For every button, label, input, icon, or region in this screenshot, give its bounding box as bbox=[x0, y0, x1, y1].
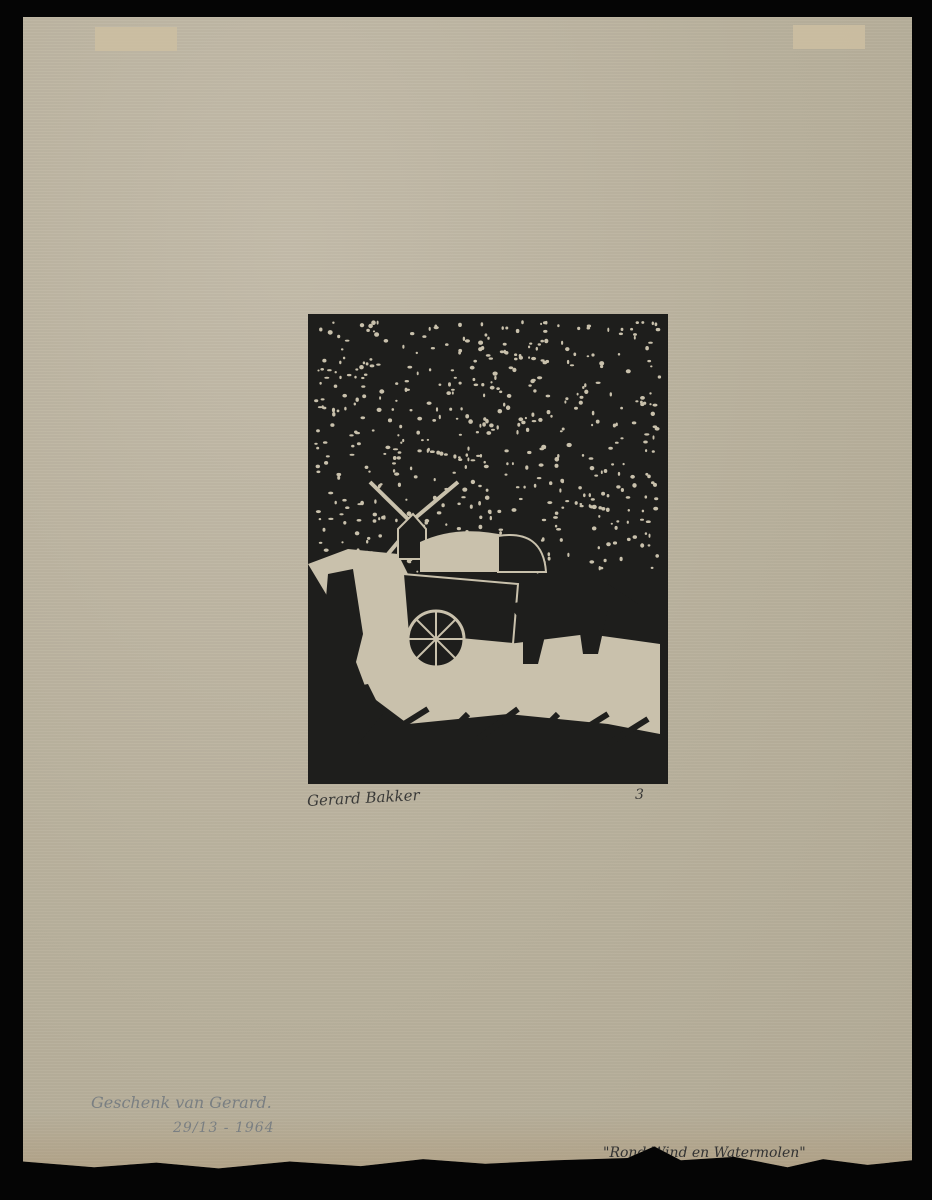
woodcut-image bbox=[308, 314, 668, 784]
edition-number: 3 bbox=[635, 787, 644, 803]
dedication-inscription: Geschenk van Gerard. bbox=[91, 1093, 272, 1112]
title-inscription: "Rond Wind en Watermolen" bbox=[603, 1145, 806, 1161]
tape-mark-right bbox=[793, 25, 865, 49]
paper-stain bbox=[23, 1113, 912, 1173]
artist-signature: Gerard Bakker bbox=[307, 786, 421, 810]
tape-mark-left bbox=[95, 27, 177, 51]
woodcut-print bbox=[308, 314, 668, 784]
dedication-date: 29/13 - 1964 bbox=[173, 1120, 275, 1136]
paper-sheet: Gerard Bakker 3 Geschenk van Gerard. 29/… bbox=[23, 17, 912, 1173]
